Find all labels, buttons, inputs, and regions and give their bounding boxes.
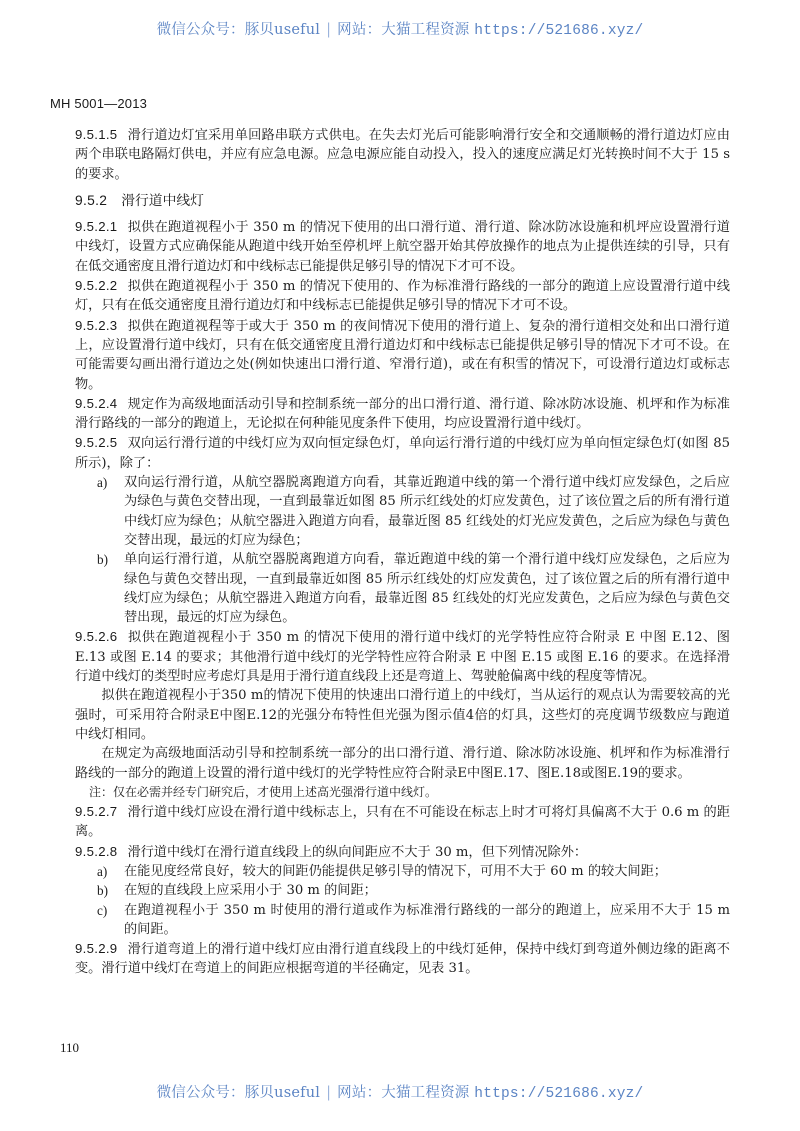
heading-number: 9.5.2	[75, 193, 107, 208]
list-item-b: b) 单向运行滑行道，从航空器脱离跑道方向看，靠近跑道中线的第一个滑行道中线灯应…	[97, 550, 730, 627]
clause-number: 9.5.2.8	[75, 844, 117, 859]
note: 注：仅在必需并经专门研究后，才使用上述高光强滑行道中线灯。	[89, 783, 730, 802]
heading-title: 滑行道中线灯	[121, 193, 204, 208]
list-label: a)	[97, 862, 124, 881]
watermark-header: 微信公众号：豚贝useful|网站：大猫工程资源 https://521686.…	[0, 18, 800, 39]
list-text: 在跑道视程小于 350 m 时使用的滑行道或作为标准滑行路线的一部分的跑道上，应…	[124, 901, 730, 940]
clause-text: 拟供在跑道视程小于 350 m 的情况下使用的、作为标准滑行路线的一部分的跑道上…	[75, 279, 730, 313]
list-label: b)	[97, 881, 124, 900]
clause-9-5-2-4: 9.5.2.4规定作为高级地面活动引导和控制系统一部分的出口滑行道、滑行道、除冰…	[75, 394, 730, 434]
clause-text: 双向运行滑行道的中线灯应为双向恒定绿色灯，单向运行滑行道的中线灯应为单向恒定绿色…	[75, 436, 730, 470]
list-item-b: b) 在短的直线段上应采用小于 30 m 的间距；	[97, 881, 730, 900]
list-label: a)	[97, 473, 124, 550]
list-text: 双向运行滑行道，从航空器脱离跑道方向看，其靠近跑道中线的第一个滑行道中线灯应发绿…	[124, 473, 730, 550]
watermark-site: 网站：大猫工程资源	[337, 1085, 469, 1101]
watermark-separator: |	[326, 22, 331, 38]
clause-9-5-2-2: 9.5.2.2拟供在跑道视程小于 350 m 的情况下使用的、作为标准滑行路线的…	[75, 276, 730, 316]
clause-number: 9.5.1.5	[75, 127, 117, 142]
clause-text: 滑行道边灯宜采用单回路串联方式供电。在失去灯光后可能影响滑行安全和交通顺畅的滑行…	[75, 128, 730, 182]
document-body: 9.5.1.5滑行道边灯宜采用单回路串联方式供电。在失去灯光后可能影响滑行安全和…	[75, 125, 730, 979]
clause-9-5-2-3: 9.5.2.3拟供在跑道视程等于或大于 350 m 的夜间情况下使用的滑行道上、…	[75, 316, 730, 394]
list-text: 单向运行滑行道，从航空器脱离跑道方向看，靠近跑道中线的第一个滑行道中线灯应发绿色…	[124, 550, 730, 627]
clause-9-5-2-5: 9.5.2.5双向运行滑行道的中线灯应为双向恒定绿色灯，单向运行滑行道的中线灯应…	[75, 433, 730, 473]
clause-9-5-2-8: 9.5.2.8滑行道中线灯在滑行道直线段上的纵向间距应不大于 30 m，但下列情…	[75, 842, 730, 862]
watermark-footer: 微信公众号：豚贝useful|网站：大猫工程资源 https://521686.…	[0, 1081, 800, 1102]
clause-number: 9.5.2.7	[75, 804, 117, 819]
clause-number: 9.5.2.3	[75, 318, 117, 333]
clause-9-5-2-6-para-2: 拟供在跑道视程小于350 m的情况下使用的快速出口滑行道上的中线灯，当从运行的观…	[75, 686, 730, 744]
watermark-url[interactable]: https://521686.xyz/	[474, 1086, 643, 1102]
clause-text: 拟供在跑道视程小于 350 m 的情况下使用的滑行道中线灯的光学特性应符合附录 …	[75, 630, 730, 684]
clause-text: 滑行道中线灯应设在滑行道中线标志上，只有在不可能设在标志上时才可将灯具偏离不大于…	[75, 805, 730, 839]
list-text: 在能见度经常良好，较大的间距仍能提供足够引导的情况下，可用不大于 60 m 的较…	[124, 862, 730, 881]
clause-number: 9.5.2.2	[75, 278, 117, 293]
watermark-wechat: 微信公众号：豚贝useful	[157, 1085, 321, 1101]
clause-number: 9.5.2.9	[75, 941, 117, 956]
list-item-a: a) 在能见度经常良好，较大的间距仍能提供足够引导的情况下，可用不大于 60 m…	[97, 862, 730, 881]
clause-text: 滑行道弯道上的滑行道中线灯应由滑行道直线段上的中线灯延伸，保持中线灯到弯道外侧边…	[75, 942, 730, 976]
clause-number: 9.5.2.4	[75, 396, 117, 411]
list-text: 在短的直线段上应采用小于 30 m 的间距；	[124, 881, 730, 900]
clause-text: 规定作为高级地面活动引导和控制系统一部分的出口滑行道、滑行道、除冰防冰设施、机坪…	[75, 397, 730, 431]
clause-number: 9.5.2.5	[75, 435, 117, 450]
watermark-wechat: 微信公众号：豚贝useful	[157, 22, 321, 38]
watermark-url[interactable]: https://521686.xyz/	[474, 23, 643, 39]
list-item-a: a) 双向运行滑行道，从航空器脱离跑道方向看，其靠近跑道中线的第一个滑行道中线灯…	[97, 473, 730, 550]
clause-number: 9.5.2.1	[75, 219, 117, 234]
clause-text: 拟供在跑道视程小于 350 m 的情况下使用的出口滑行道、滑行道、除冰防冰设施和…	[75, 220, 730, 274]
clause-9-5-2-9: 9.5.2.9滑行道弯道上的滑行道中线灯应由滑行道直线段上的中线灯延伸，保持中线…	[75, 939, 730, 979]
list-label: b)	[97, 550, 124, 627]
watermark-site: 网站：大猫工程资源	[337, 22, 469, 38]
list-item-c: c) 在跑道视程小于 350 m 时使用的滑行道或作为标准滑行路线的一部分的跑道…	[97, 901, 730, 940]
watermark-separator: |	[326, 1085, 331, 1101]
section-heading-9-5-2: 9.5.2滑行道中线灯	[75, 191, 730, 210]
clause-9-5-1-5: 9.5.1.5滑行道边灯宜采用单回路串联方式供电。在失去灯光后可能影响滑行安全和…	[75, 125, 730, 184]
clause-9-5-2-1: 9.5.2.1拟供在跑道视程小于 350 m 的情况下使用的出口滑行道、滑行道、…	[75, 217, 730, 276]
clause-text: 拟供在跑道视程等于或大于 350 m 的夜间情况下使用的滑行道上、复杂的滑行道相…	[75, 319, 730, 392]
page-number: 110	[60, 1040, 79, 1056]
clause-number: 9.5.2.6	[75, 629, 117, 644]
standard-code: MH 5001—2013	[50, 96, 147, 111]
clause-text: 滑行道中线灯在滑行道直线段上的纵向间距应不大于 30 m，但下列情况除外：	[127, 845, 587, 860]
clause-9-5-2-6: 9.5.2.6拟供在跑道视程小于 350 m 的情况下使用的滑行道中线灯的光学特…	[75, 627, 730, 686]
clause-9-5-2-6-para-3: 在规定为高级地面活动引导和控制系统一部分的出口滑行道、滑行道、除冰防冰设施、机坪…	[75, 744, 730, 783]
list-label: c)	[97, 901, 124, 940]
clause-9-5-2-7: 9.5.2.7滑行道中线灯应设在滑行道中线标志上，只有在不可能设在标志上时才可将…	[75, 802, 730, 842]
